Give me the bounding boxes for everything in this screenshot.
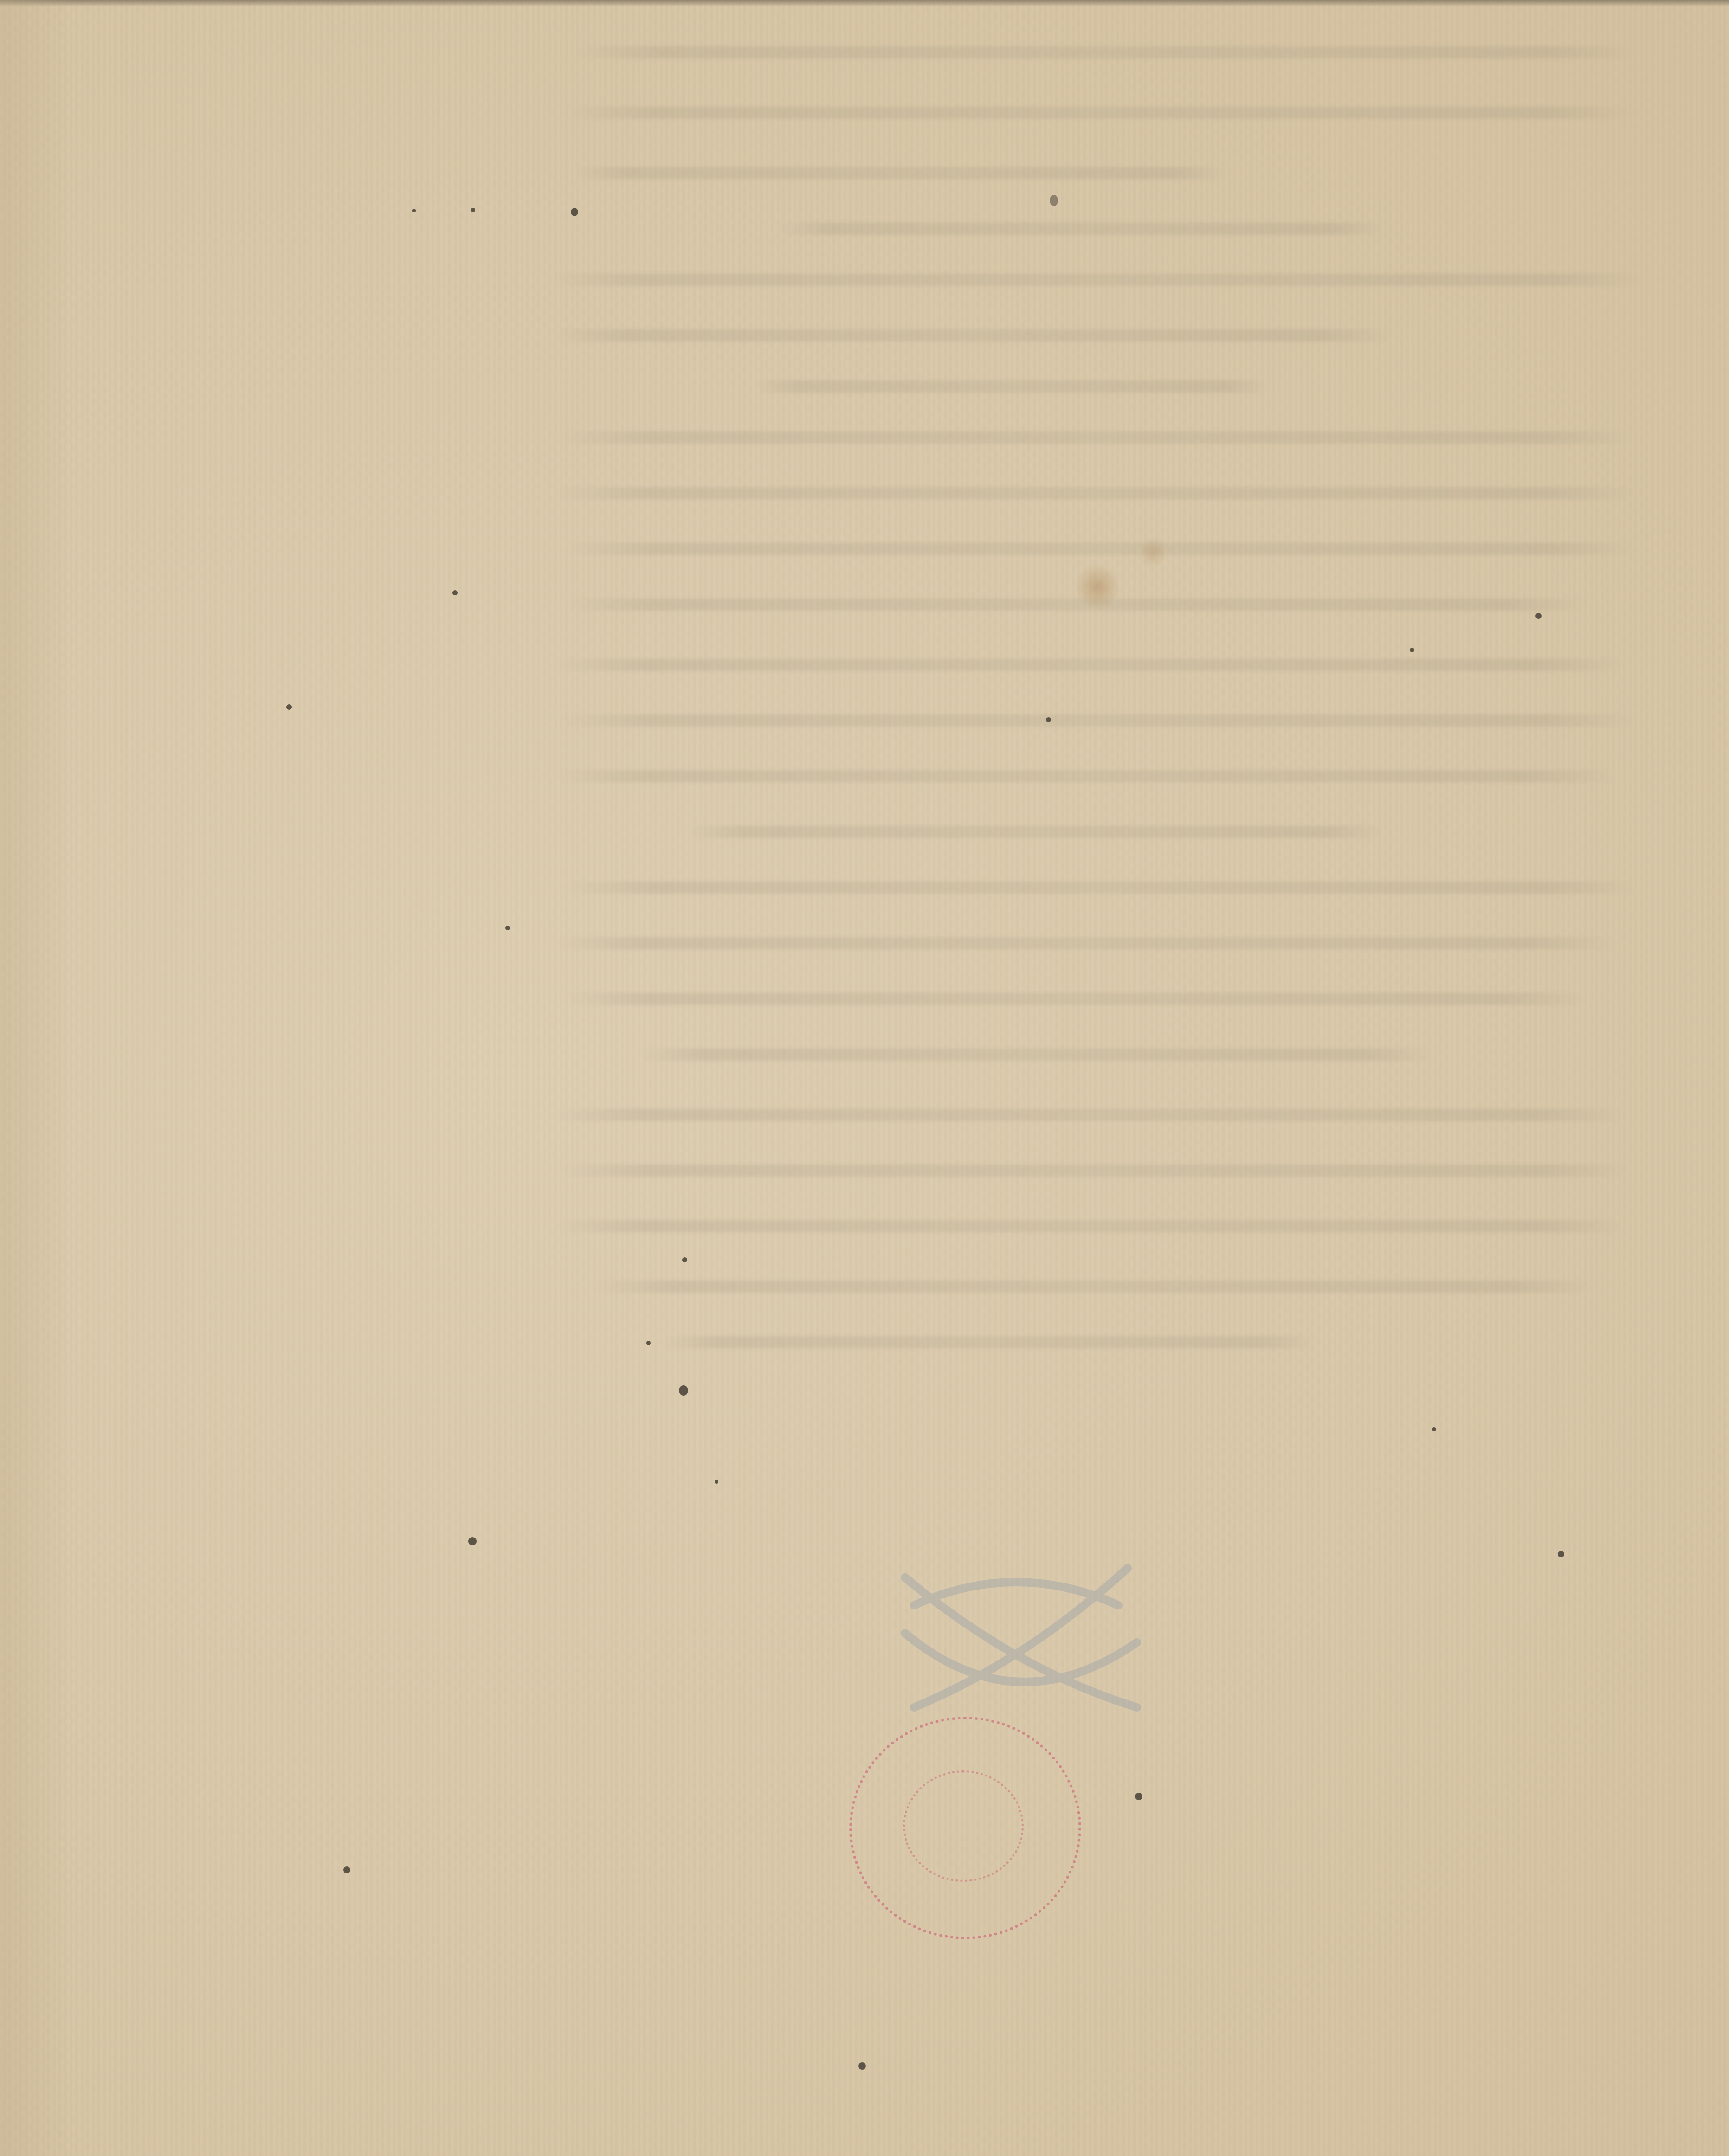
- bleed-line: [561, 714, 1633, 727]
- ink-speck: [858, 2062, 866, 2070]
- bleed-line: [566, 543, 1633, 555]
- ink-speck: [682, 1257, 687, 1262]
- bleed-line: [557, 329, 1392, 341]
- ink-speck: [1535, 613, 1542, 619]
- ink-speck: [1050, 195, 1058, 206]
- bleed-line: [561, 1165, 1629, 1177]
- bleed-line: [557, 487, 1633, 499]
- bleed-line: [594, 1281, 1592, 1293]
- ink-speck: [286, 704, 292, 710]
- ink-speck: [468, 1537, 477, 1545]
- bleed-line: [575, 167, 1225, 179]
- foxing-stain: [1142, 534, 1165, 571]
- ink-speck: [412, 209, 416, 212]
- library-stamp-icon: [849, 1717, 1081, 1939]
- bleed-line: [557, 1220, 1624, 1232]
- ink-speck: [571, 208, 578, 216]
- bleed-line: [780, 223, 1383, 235]
- bleed-line: [640, 1049, 1429, 1061]
- ink-speck: [343, 1866, 350, 1873]
- bleed-line: [557, 770, 1615, 782]
- page-left-shading: [0, 0, 74, 2156]
- ink-speck: [452, 590, 458, 595]
- bleed-line: [566, 599, 1587, 611]
- ink-speck: [505, 926, 510, 930]
- ink-speck: [471, 208, 475, 212]
- ink-speck: [1135, 1793, 1142, 1800]
- ink-speck: [715, 1480, 718, 1484]
- ink-speck: [1432, 1427, 1436, 1431]
- ink-speck: [646, 1341, 651, 1345]
- page-top-edge: [0, 0, 1729, 6]
- bleed-line: [552, 274, 1643, 286]
- bleed-line: [575, 46, 1633, 58]
- seal-mark-icon: [877, 1550, 1155, 1735]
- ink-speck: [679, 1385, 688, 1396]
- ink-speck: [1046, 717, 1051, 722]
- bleed-line: [756, 380, 1267, 393]
- bleed-through-text: [548, 28, 1671, 1512]
- bleed-line: [557, 659, 1624, 671]
- ink-speck: [1410, 648, 1414, 652]
- bleed-line: [557, 937, 1615, 949]
- bleed-line: [566, 993, 1587, 1005]
- bleed-line: [566, 882, 1633, 894]
- bleed-line: [664, 1336, 1313, 1348]
- bleed-line: [557, 1109, 1624, 1121]
- bleed-line: [561, 431, 1629, 444]
- library-stamp-inner-ring: [903, 1770, 1024, 1882]
- foxing-stain: [1077, 561, 1118, 612]
- bleed-line: [687, 826, 1383, 838]
- document-page: [0, 0, 1729, 2156]
- ink-speck: [1558, 1551, 1564, 1557]
- bleed-line: [566, 107, 1633, 119]
